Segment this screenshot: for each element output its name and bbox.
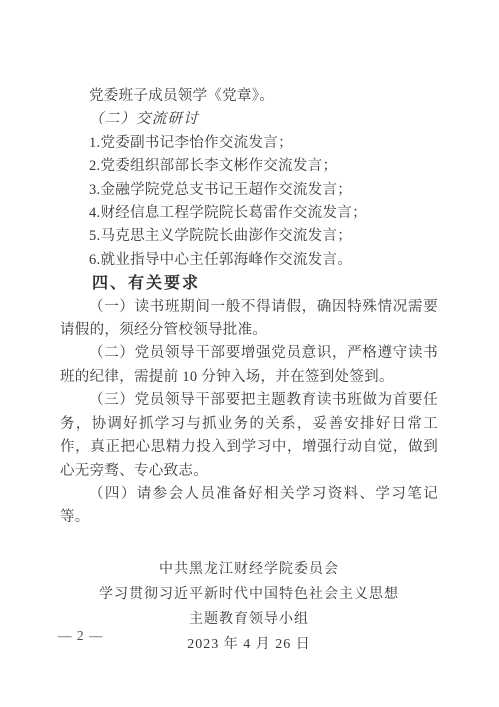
signature-line-committee: 中共黑龙江财经学院委员会 [60,557,438,582]
signature-date: 2023 年 4 月 26 日 [60,632,438,657]
speaker-item-1: 1.党委副书记李怡作交流发言； [60,132,438,155]
page-number: — 2 — [58,628,104,644]
speaker-item-4: 4.财经信息工程学院院长葛雷作交流发言； [60,202,438,225]
speaker-item-5: 5.马克思主义学院院长曲澎作交流发言； [60,225,438,248]
signature-block: 中共黑龙江财经学院委员会 学习贯彻习近平新时代中国特色社会主义思想 主题教育领导… [60,557,438,657]
intro-line: 党委班子成员领学《党章》。 [60,85,438,108]
section-heading-requirements: 四、有关要求 [60,272,438,295]
speaker-item-6: 6.就业指导中心主任郭海峰作交流发言。 [60,249,438,272]
requirement-paragraph-3: （三）党员领导干部要把主题教育读书班做为首要任务，协调好抓学习与抓业务的关系，妥… [60,389,438,483]
signature-line-theme: 学习贯彻习近平新时代中国特色社会主义思想 [60,582,438,607]
speaker-item-2: 2.党委组织部部长李文彬作交流发言； [60,155,438,178]
document-content: 党委班子成员领学《党章》。 （二）交流研讨 1.党委副书记李怡作交流发言； 2.… [60,85,438,657]
speaker-item-3: 3.金融学院党总支书记王超作交流发言； [60,179,438,202]
requirement-paragraph-2: （二）党员领导干部要增强党员意识，严格遵守读书班的纪律，需提前 10 分钟入场，… [60,342,438,389]
signature-line-group: 主题教育领导小组 [60,607,438,632]
document-page: 党委班子成员领学《党章》。 （二）交流研讨 1.党委副书记李怡作交流发言； 2.… [0,0,499,707]
section-heading-discussion: （二）交流研讨 [60,108,438,131]
requirement-paragraph-4: （四）请参会人员准备好相关学习资料、学习笔记等。 [60,483,438,530]
requirement-paragraph-1: （一）读书班期间一般不得请假，确因特殊情况需要请假的，须经分管校领导批准。 [60,296,438,343]
